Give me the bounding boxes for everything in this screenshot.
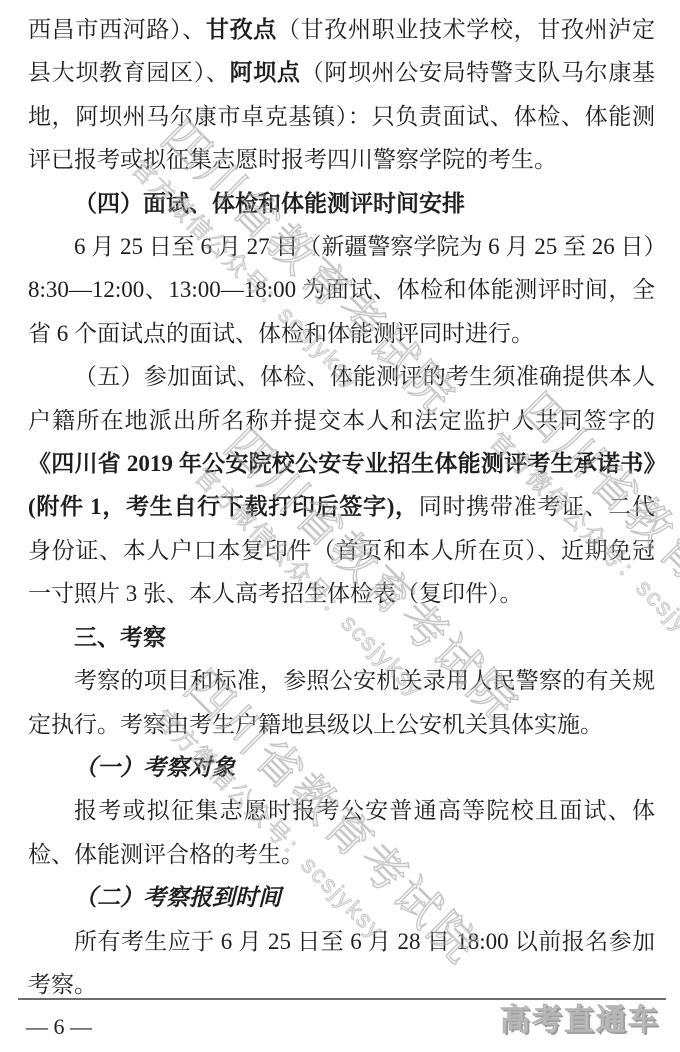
text-segment: 6 月 25 日至 6 月 27 日（新疆警察学院为 6 月 25 至 26 日…	[28, 234, 655, 346]
text-segment: （五）参加面试、体检、体能测评的考生须准确提供本人户籍所在地派出所名称并提交本人…	[28, 364, 655, 432]
text-segment: 甘孜点	[206, 17, 277, 42]
paragraph: 西昌市西河路）、甘孜点（甘孜州职业技术学校，甘孜州泸定县大坝教育园区）、阿坝点（…	[28, 8, 655, 182]
text-segment: 报考或拟征集志愿时报考公安普通高等院校且面试、体检、体能测评合格的考生。	[28, 798, 655, 866]
section-heading: （一）考察对象	[28, 746, 655, 789]
document-body: 西昌市西河路）、甘孜点（甘孜州职业技术学校，甘孜州泸定县大坝教育园区）、阿坝点（…	[28, 8, 655, 1006]
section-heading: （四）面试、体检和体能测评时间安排	[28, 182, 655, 225]
text-segment: 考察的项目和标准，参照公安机关录用人民警察的有关规定执行。考察由考生户籍地县级以…	[28, 668, 655, 736]
paragraph: 报考或拟征集志愿时报考公安普通高等院校且面试、体检、体能测评合格的考生。	[28, 789, 655, 876]
paragraph: 6 月 25 日至 6 月 27 日（新疆警察学院为 6 月 25 至 26 日…	[28, 225, 655, 355]
text-segment: （四）面试、体检和体能测评时间安排	[74, 190, 465, 216]
paragraph: （五）参加面试、体检、体能测评的考生须准确提供本人户籍所在地派出所名称并提交本人…	[28, 355, 655, 615]
text-segment: （一）考察对象	[74, 755, 235, 780]
paragraph: 所有考生应于 6 月 25 日至 6 月 28 日 18:00 以前报名参加考察…	[28, 920, 655, 1007]
paragraph: 考察的项目和标准，参照公安机关录用人民警察的有关规定执行。考察由考生户籍地县级以…	[28, 659, 655, 746]
text-segment: 西昌市西河路）、	[28, 17, 206, 42]
brand-logo: 高考直通车	[500, 995, 660, 1039]
text-segment: 所有考生应于 6 月 25 日至 6 月 28 日 18:00 以前报名参加考察…	[28, 929, 655, 997]
text-segment: 阿坝点	[230, 60, 301, 85]
section-heading: （二）考察报到时间	[28, 876, 655, 919]
section-heading: 三、考察	[28, 616, 655, 659]
text-segment: （二）考察报到时间	[74, 885, 281, 910]
page-number: — 6 —	[26, 1014, 92, 1040]
text-segment: 三、考察	[74, 624, 166, 650]
document-page: { "page": { "background": "#ffffff", "te…	[0, 0, 680, 1052]
